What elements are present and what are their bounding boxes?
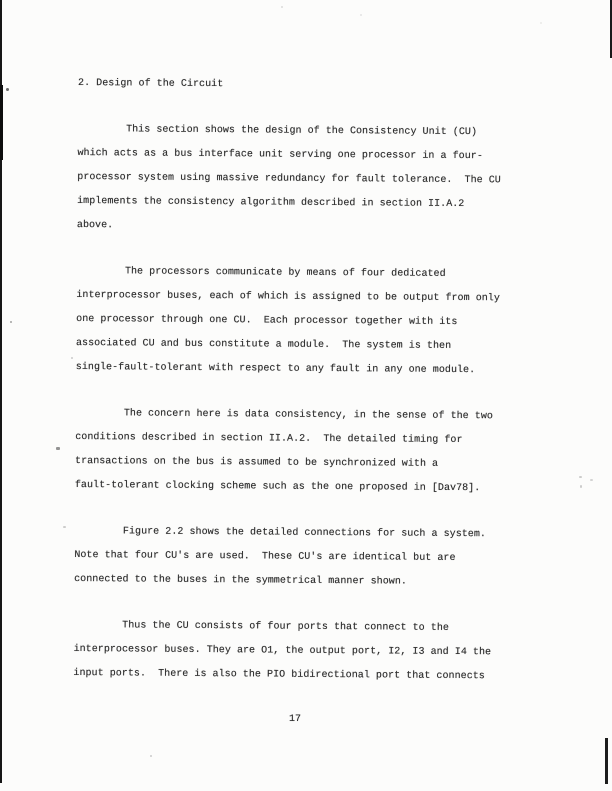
scan-speck [540,22,542,24]
scan-speck [281,6,283,8]
scan-speck [590,479,593,481]
paragraph-4: Figure 2.2 shows the detailed connection… [74,520,545,596]
paragraph-2: The processors communicate by means of f… [76,260,547,384]
scan-speck [360,14,362,16]
paragraph-1: This section shows the design of the Con… [77,118,548,242]
scan-speck [580,485,582,488]
paragraph-5: Thus the CU consists of four ports that … [73,614,544,690]
scan-edge-left-blob [0,85,3,160]
scan-speck [56,447,60,450]
scan-speck [10,321,12,323]
scan-edge-right-bottom [605,738,608,784]
scan-speck [150,755,152,757]
scan-speck [71,357,73,359]
scanned-paper-page: 2. Design of the Circuit This section sh… [0,0,612,791]
scan-speck [63,526,66,528]
document-text-block: 2. Design of the Circuit This section sh… [73,72,548,712]
scan-speck [579,476,582,478]
section-heading: 2. Design of the Circuit [78,72,548,100]
scan-speck [6,88,9,91]
paragraph-3: The concern here is data consistency, in… [75,402,546,502]
page-number: 17 [80,708,510,732]
